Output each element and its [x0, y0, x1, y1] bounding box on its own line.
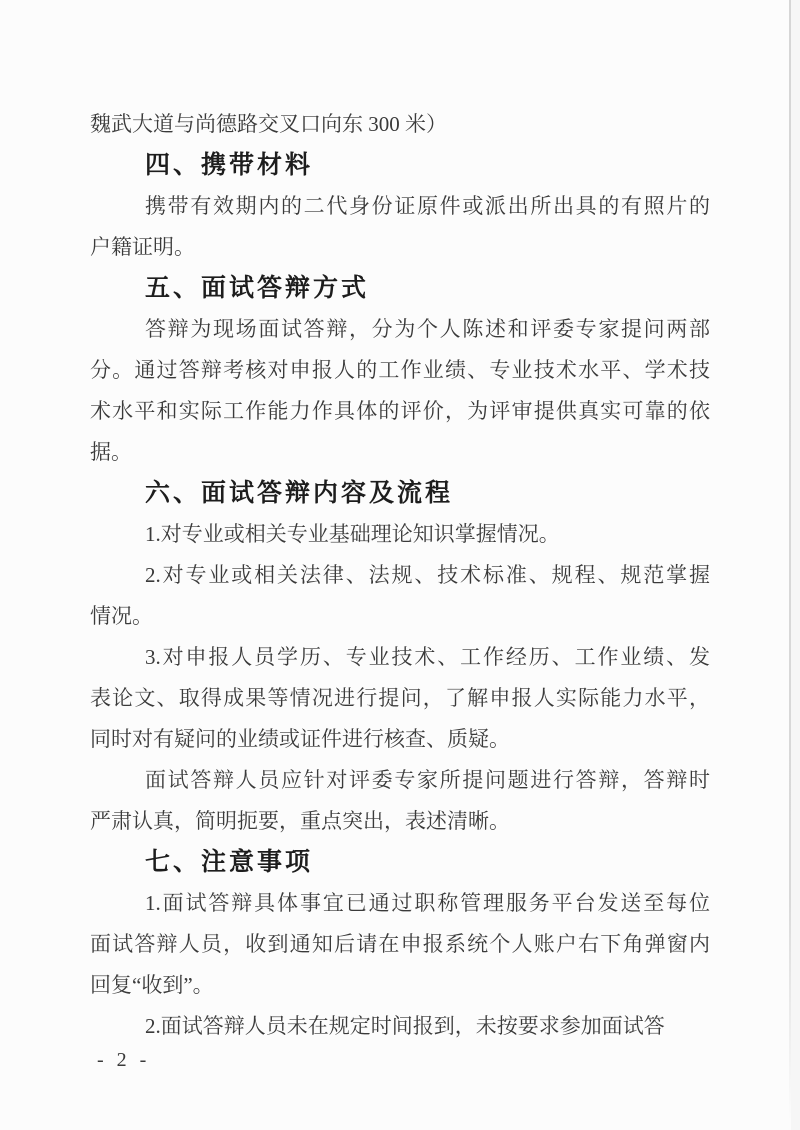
section-5-paragraph-line: 分。通过答辩考核对申报人的工作业绩、专业技术水平、学术技: [90, 350, 710, 391]
section-4-heading: 四、携带材料: [90, 145, 710, 186]
document-content: 魏武大道与尚德路交叉口向东 300 米）四、携带材料携带有效期内的二代身份证原件…: [90, 104, 710, 1047]
section-6-heading: 六、面试答辩内容及流程: [90, 473, 710, 514]
scan-right-margin: [791, 0, 800, 1130]
section-7-item-1-line: 1.面试答辩具体事宜已通过职称管理服务平台发送至每位: [90, 883, 710, 924]
section-6-closing-paragraph-line: 面试答辩人员应针对评委专家所提问题进行答辩，答辩时: [90, 760, 710, 801]
section-6-closing-paragraph-line: 严肃认真，简明扼要，重点突出，表述清晰。: [90, 801, 710, 842]
section-7-item-1-line: 回复“收到”。: [90, 965, 710, 1006]
section-4-paragraph-line: 携带有效期内的二代身份证原件或派出所出具的有照片的: [90, 186, 710, 227]
section-7-item-1-line: 面试答辩人员，收到通知后请在申报系统个人账户右下角弹窗内: [90, 924, 710, 965]
section-6-item-3-line: 3.对申报人员学历、专业技术、工作经历、工作业绩、发: [90, 637, 710, 678]
page-number: - 2 -: [97, 1045, 150, 1075]
section-5-paragraph-line: 据。: [90, 432, 710, 473]
scanned-document-page: 魏武大道与尚德路交叉口向东 300 米）四、携带材料携带有效期内的二代身份证原件…: [0, 0, 800, 1130]
section-6-item-2-line: 情况。: [90, 596, 710, 637]
section-5-paragraph-line: 答辩为现场面试答辩，分为个人陈述和评委专家提问两部: [90, 309, 710, 350]
section-6-item-3-line: 表论文、取得成果等情况进行提问，了解申报人实际能力水平，: [90, 678, 710, 719]
section-6-item-3-line: 同时对有疑问的业绩或证件进行核查、质疑。: [90, 719, 710, 760]
scan-edge-line: [789, 0, 791, 1122]
section-5-paragraph-line: 术水平和实际工作能力作具体的评价，为评审提供真实可靠的依: [90, 391, 710, 432]
section-6-item-2-line: 2.对专业或相关法律、法规、技术标准、规程、规范掌握: [90, 555, 710, 596]
section-7-heading: 七、注意事项: [90, 842, 710, 883]
address-continuation-line: 魏武大道与尚德路交叉口向东 300 米）: [90, 104, 710, 145]
section-7-item-2-line: 2.面试答辩人员未在规定时间报到，未按要求参加面试答: [90, 1006, 710, 1047]
section-4-paragraph-line: 户籍证明。: [90, 227, 710, 268]
section-6-item-1-line: 1.对专业或相关专业基础理论知识掌握情况。: [90, 514, 710, 555]
section-5-heading: 五、面试答辩方式: [90, 268, 710, 309]
